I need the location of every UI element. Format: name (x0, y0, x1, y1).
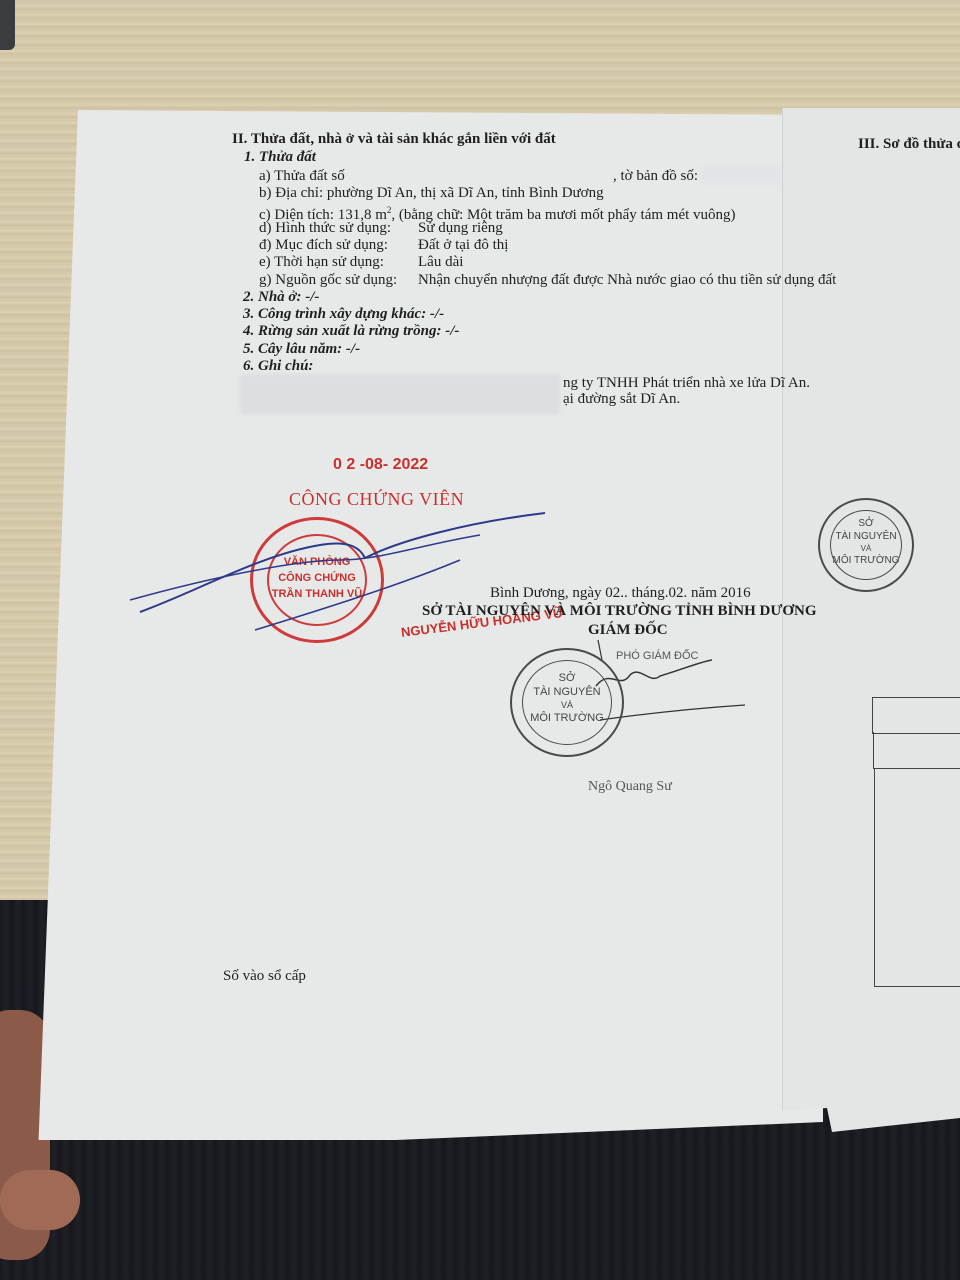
agency-stamp-line-4: MÔI TRƯỜNG (512, 712, 622, 724)
signing-role: GIÁM ĐỐC (588, 621, 668, 639)
right-page-box-1 (872, 697, 960, 734)
deputy-director-label: PHÓ GIÁM ĐỐC (616, 647, 699, 665)
signer-name: Ngô Quang Sư (588, 778, 672, 796)
signature-strokes (0, 0, 960, 1280)
side-stamp-line-2: TÀI NGUYÊN (820, 531, 912, 542)
agency-stamp-side: SỞ TÀI NGUYÊN VÀ MÔI TRƯỜNG (818, 498, 914, 592)
signing-agency: SỞ TÀI NGUYÊN VÀ MÔI TRƯỜNG TỈNH BÌNH DƯ… (422, 602, 817, 620)
side-stamp-line-1: SỞ (820, 518, 912, 529)
agency-stamp-line-2: TÀI NGUYÊN (512, 686, 622, 698)
agency-stamp-line-3: VÀ (512, 700, 622, 710)
agency-stamp-line-1: SỞ (512, 672, 622, 684)
agency-stamp: SỞ TÀI NGUYÊN VÀ MÔI TRƯỜNG (510, 648, 624, 757)
right-page-box-2 (873, 732, 960, 769)
signing-place-date: Bình Dương, ngày 02.. tháng.02. năm 2016 (490, 584, 751, 602)
right-page-box-3 (874, 768, 960, 987)
registry-number-label: Số vào sổ cấp (223, 967, 306, 985)
side-stamp-line-4: MÔI TRƯỜNG (820, 555, 912, 566)
side-stamp-line-3: VÀ (820, 544, 912, 553)
